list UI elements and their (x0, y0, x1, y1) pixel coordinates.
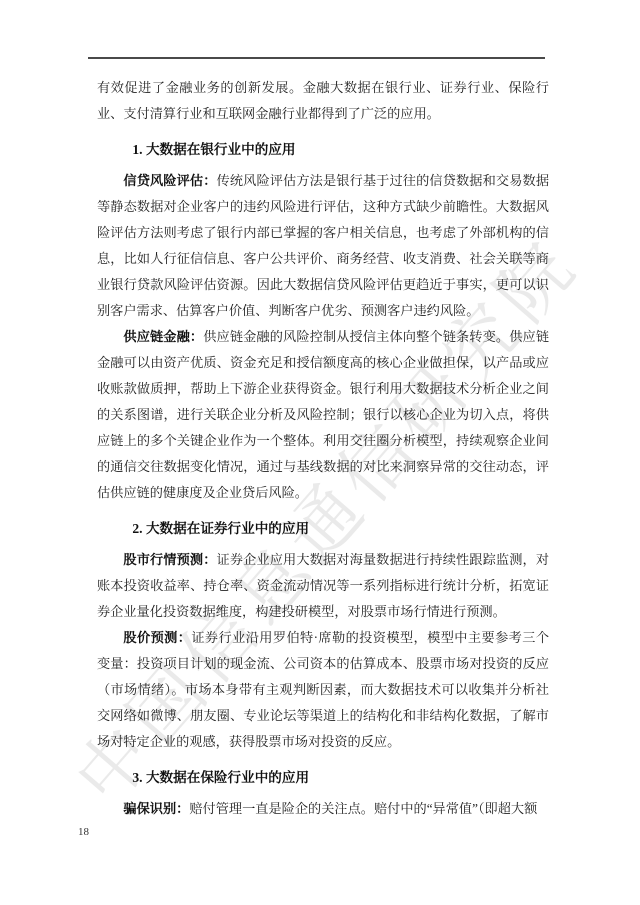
paragraph-lead: 信贷风险评估： (123, 173, 216, 188)
paragraph-lead: 股市行情预测： (123, 552, 216, 567)
paragraph-lead: 股价预测： (123, 630, 191, 645)
intro-paragraph: 有效促进了金融业务的创新发展。金融大数据在银行业、证券行业、保险行业、支付清算行… (97, 75, 549, 127)
header-rule (88, 57, 545, 59)
section-heading-1: 1. 大数据在银行业中的应用 (97, 137, 549, 163)
body-paragraph: 信贷风险评估：传统风险评估方法是银行基于过往的信贷数据和交易数据等静态数据对企业… (97, 168, 549, 324)
document-page: 中国信息通信研究院 有效促进了金融业务的创新发展。金融大数据在银行业、证券行业、… (0, 0, 640, 905)
body-paragraph: 供应链金融：供应链金融的风险控制从授信主体向整个链条转变。供应链金融可以由资产优… (97, 324, 549, 506)
page-number: 18 (78, 826, 89, 838)
body-paragraph: 股价预测：证券行业沿用罗伯特·席勒的投资模型，模型中主要参考三个变量：投资项目计… (97, 625, 549, 755)
body-paragraph: 骗保识别：赔付管理一直是险企的关注点。赔付中的“异常值”（即超大额 (97, 796, 549, 822)
paragraph-lead: 供应链金融： (123, 329, 203, 344)
body-paragraph: 股市行情预测：证券企业应用大数据对海量数据进行持续性跟踪监测，对账本投资收益率、… (97, 547, 549, 625)
section-heading-3: 3. 大数据在保险行业中的应用 (97, 765, 549, 791)
paragraph-lead: 骗保识别： (123, 801, 189, 816)
document-content: 有效促进了金融业务的创新发展。金融大数据在银行业、证券行业、保险行业、支付清算行… (97, 75, 549, 822)
section-heading-2: 2. 大数据在证券行业中的应用 (97, 516, 549, 542)
